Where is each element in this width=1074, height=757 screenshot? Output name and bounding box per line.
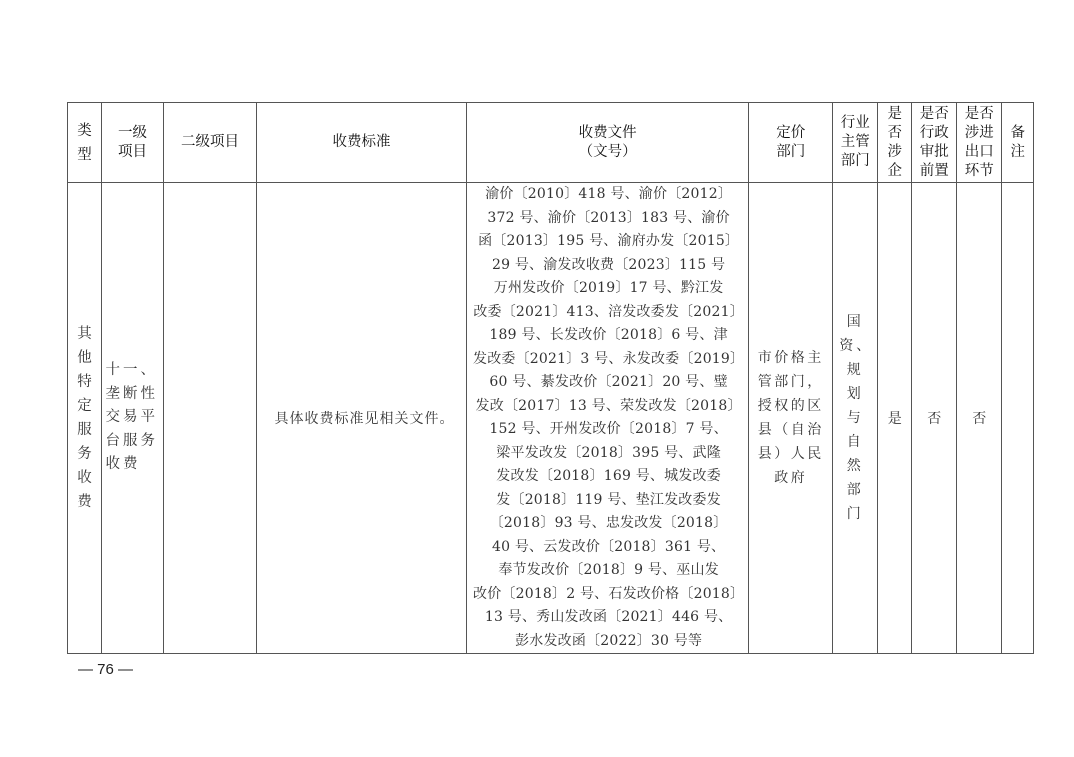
header-documents: 收费文件 （文号）	[467, 103, 749, 183]
header-import-export: 是否涉进出口环节	[957, 103, 1002, 183]
doc-line: 渝价〔2010〕418 号、渝价〔2012〕	[473, 183, 744, 207]
table-row: 其他特定服务收费 十一、垄断性交易平台服务收费 具体收费标准见相关文件。 渝价〔…	[68, 183, 1034, 654]
header-type: 类型	[68, 103, 102, 183]
doc-line: 发改〔2017〕13 号、荣发改发〔2018〕	[473, 395, 744, 419]
doc-line: 函〔2013〕195 号、渝府办发〔2015〕	[473, 230, 744, 254]
doc-line: 40 号、云发改价〔2018〕361 号、	[473, 536, 744, 560]
doc-line: 万州发改价〔2019〕17 号、黔江发	[473, 277, 744, 301]
cell-pricing-dept: 市价格主管部门，授权的区县（自治县）人民政府	[749, 183, 833, 654]
doc-line: 改委〔2021〕413、涪发改委发〔2021〕	[473, 301, 744, 325]
doc-line: 152 号、开州发改价〔2018〕7 号、	[473, 418, 744, 442]
header-documents-sublabel: （文号）	[467, 143, 748, 162]
cell-import-export: 否	[957, 183, 1002, 654]
cell-standard: 具体收费标准见相关文件。	[257, 183, 467, 654]
cell-admin-approval: 否	[912, 183, 957, 654]
doc-line: 发改委〔2021〕3 号、永发改委〔2019〕	[473, 348, 744, 372]
cell-level2	[164, 183, 257, 654]
header-involves-enterprise: 是否涉企	[878, 103, 912, 183]
header-level1: 一级项目	[102, 103, 164, 183]
doc-line: 彭水发改函〔2022〕30 号等	[473, 630, 744, 654]
cell-remarks	[1002, 183, 1034, 654]
page-number: — 76 —	[78, 661, 133, 678]
header-standard: 收费标准	[257, 103, 467, 183]
cell-type: 其他特定服务收费	[68, 183, 102, 654]
doc-line: 发改发〔2018〕169 号、城发改委	[473, 465, 744, 489]
header-admin-approval: 是否行政审批前置	[912, 103, 957, 183]
industry-dept-text: 国资、规划与自然部门	[839, 310, 871, 526]
header-pricing-dept: 定价部门	[749, 103, 833, 183]
doc-line: 60 号、綦发改价〔2021〕20 号、璧	[473, 371, 744, 395]
cell-level1: 十一、垄断性交易平台服务收费	[102, 183, 164, 654]
doc-line: 13 号、秀山发改函〔2021〕446 号、	[473, 606, 744, 630]
doc-line: 改价〔2018〕2 号、石发改价格〔2018〕	[473, 583, 744, 607]
doc-line: 〔2018〕93 号、忠发改发〔2018〕	[473, 512, 744, 536]
doc-line: 372 号、渝价〔2013〕183 号、渝价	[473, 207, 744, 231]
header-industry-dept: 行业主管部门	[833, 103, 878, 183]
cell-involves-enterprise: 是	[878, 183, 912, 654]
cell-industry-dept: 国资、规划与自然部门	[833, 183, 878, 654]
fee-table: 类型 一级项目 二级项目 收费标准 收费文件 （文号） 定价部门 行业主管部门 …	[67, 102, 1034, 654]
doc-line: 189 号、长发改价〔2018〕6 号、津	[473, 324, 744, 348]
doc-line: 发〔2018〕119 号、垫江发改委发	[473, 489, 744, 513]
header-remarks: 备注	[1002, 103, 1034, 183]
document-page: 类型 一级项目 二级项目 收费标准 收费文件 （文号） 定价部门 行业主管部门 …	[0, 0, 1074, 757]
header-level2: 二级项目	[164, 103, 257, 183]
header-documents-label: 收费文件	[467, 124, 748, 143]
doc-line: 梁平发改发〔2018〕395 号、武隆	[473, 442, 744, 466]
table-header-row: 类型 一级项目 二级项目 收费标准 收费文件 （文号） 定价部门 行业主管部门 …	[68, 103, 1034, 183]
doc-line: 奉节发改价〔2018〕9 号、巫山发	[473, 559, 744, 583]
doc-line: 29 号、渝发改收费〔2023〕115 号	[473, 254, 744, 278]
cell-documents: 渝价〔2010〕418 号、渝价〔2012〕 372 号、渝价〔2013〕183…	[467, 183, 749, 654]
